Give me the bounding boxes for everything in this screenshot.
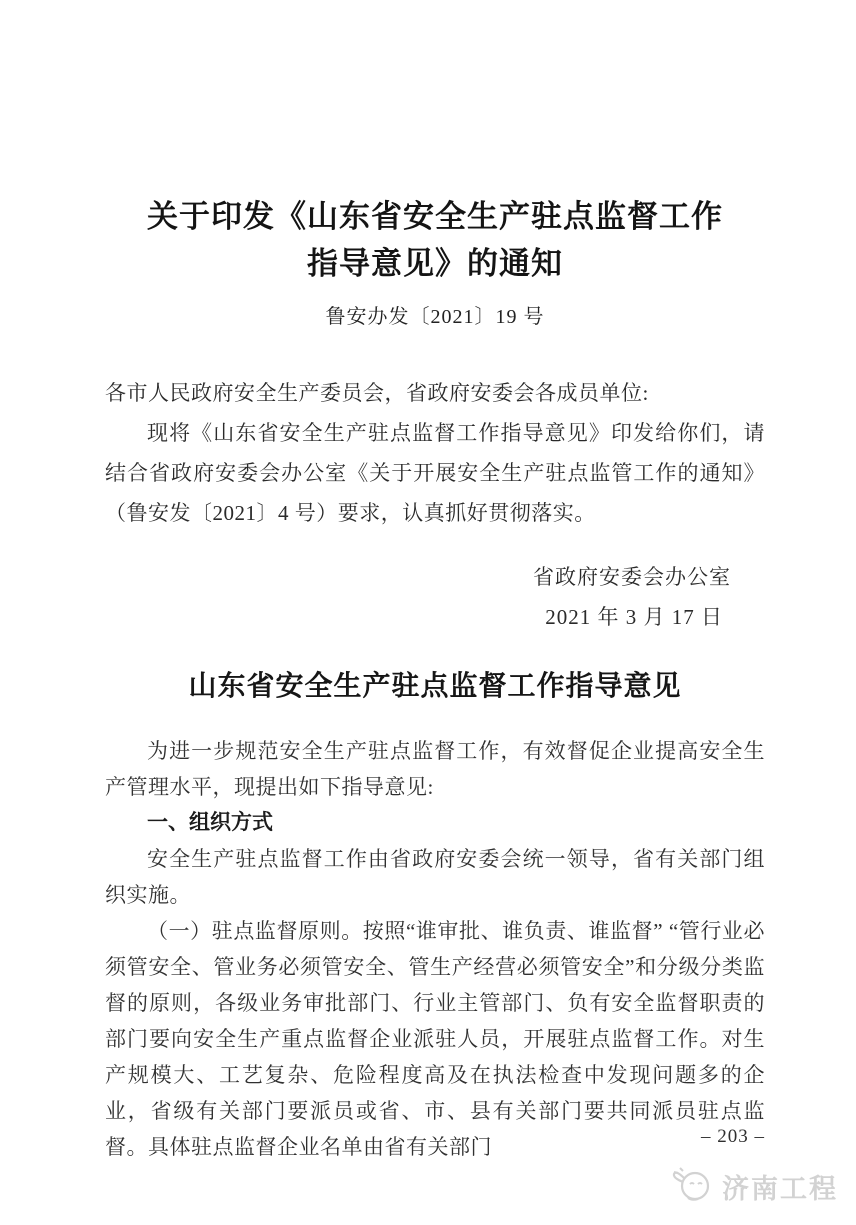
signature-date: 2021 年 3 月 17 日 xyxy=(105,597,765,637)
document-page: 关于印发《山东省安全生产驻点监督工作 指导意见》的通知 鲁安办发〔2021〕19… xyxy=(0,0,856,1225)
mascot-face-icon xyxy=(670,1164,714,1209)
page-number: – 203 – xyxy=(701,1126,765,1148)
intro-paragraph: 为进一步规范安全生产驻点监督工作，有效督促企业提高安全生产管理水平，现提出如下指… xyxy=(105,733,765,805)
section-heading-1: 一、组织方式 xyxy=(105,805,765,841)
signature-org: 省政府安委会办公室 xyxy=(105,557,765,597)
notice-title-line2: 指导意见》的通知 xyxy=(307,246,563,281)
watermark-text: 济南工程 xyxy=(722,1167,838,1206)
section1-item1-paragraph: （一）驻点监督原则。按照“谁审批、谁负责、谁监督” “管行业必须管安全、管业务必… xyxy=(105,913,765,1165)
notice-body-paragraph: 现将《山东省安全生产驻点监督工作指导意见》印发给你们，请结合省政府安委会办公室《… xyxy=(105,413,765,533)
salutation: 各市人民政府安全生产委员会，省政府安委会各成员单位: xyxy=(105,373,765,413)
attachment-title: 山东省安全生产驻点监督工作指导意见 xyxy=(105,665,765,707)
notice-title-line1: 关于印发《山东省安全生产驻点监督工作 xyxy=(147,199,723,234)
section1-lead-paragraph: 安全生产驻点监督工作由省政府安委会统一领导，省有关部门组织实施。 xyxy=(105,841,765,913)
watermark: 济南工程 xyxy=(670,1164,838,1209)
document-content: 关于印发《山东省安全生产驻点监督工作 指导意见》的通知 鲁安办发〔2021〕19… xyxy=(0,0,856,1165)
notice-title: 关于印发《山东省安全生产驻点监督工作 指导意见》的通知 xyxy=(105,193,765,287)
signature-block: 省政府安委会办公室 2021 年 3 月 17 日 xyxy=(105,557,765,637)
document-number: 鲁安办发〔2021〕19 号 xyxy=(105,303,765,331)
